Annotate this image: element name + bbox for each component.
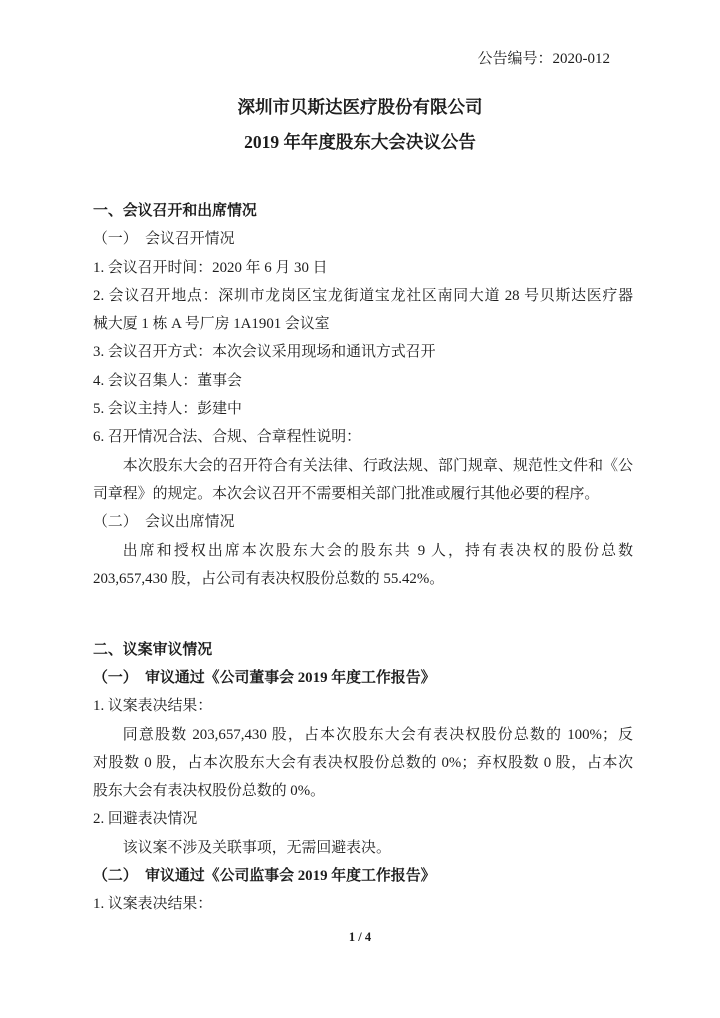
meeting-time-line: 1. 会议召开时间：2020 年 6 月 30 日 bbox=[93, 254, 633, 282]
s1-attendance-subheading: （二） 会议出席情况 bbox=[93, 508, 633, 536]
legality-note-line-2: 司章程》的规定。本次会议召开不需要相关部门批准或履行其他必要的程序。 bbox=[93, 480, 633, 508]
s1-convening-subheading: （一） 会议召开情况 bbox=[93, 225, 633, 253]
proposal-1-vote-line-1: 同意股数 203,657,430 股，占本次股东大会有表决权股份总数的 100%… bbox=[93, 721, 633, 749]
proposal-1-vote-line-2: 对股数 0 股，占本次股东大会有表决权股份总数的 0%；弃权股数 0 股，占本次 bbox=[93, 749, 633, 777]
proposal-1-heading: （一） 审议通过《公司董事会 2019 年度工作报告》 bbox=[93, 664, 633, 692]
legality-label-line: 6. 召开情况合法、合规、合章程性说明： bbox=[93, 423, 633, 451]
proposal-2-vote-label: 1. 议案表决结果： bbox=[93, 890, 633, 918]
page-number: 1 / 4 bbox=[0, 929, 720, 945]
proposal-2-heading: （二） 审议通过《公司监事会 2019 年度工作报告》 bbox=[93, 862, 633, 890]
proposal-1-recusal-label: 2. 回避表决情况 bbox=[93, 805, 633, 833]
company-name-title: 深圳市贝斯达医疗股份有限公司 bbox=[0, 96, 720, 118]
proposal-1-recusal-note: 该议案不涉及关联事项，无需回避表决。 bbox=[93, 834, 633, 862]
proposal-1-vote-label: 1. 议案表决结果： bbox=[93, 692, 633, 720]
announcement-number: 公告编号：2020-012 bbox=[478, 50, 611, 68]
attendance-line-1: 出席和授权出席本次股东大会的股东共 9 人，持有表决权的股份总数 bbox=[93, 537, 633, 565]
section-1-heading: 一、会议召开和出席情况 bbox=[93, 197, 633, 225]
proposal-1-vote-line-3: 股东大会有表决权股份总数的 0%。 bbox=[93, 777, 633, 805]
announcement-document-page: 公告编号：2020-012 深圳市贝斯达医疗股份有限公司 2019 年年度股东大… bbox=[0, 0, 720, 1018]
meeting-method-line: 3. 会议召开方式：本次会议采用现场和通讯方式召开 bbox=[93, 338, 633, 366]
meeting-place-line-2: 械大厦 1 栋 A 号厂房 1A1901 会议室 bbox=[93, 310, 633, 338]
document-body: 一、会议召开和出席情况 （一） 会议召开情况 1. 会议召开时间：2020 年 … bbox=[93, 197, 633, 919]
meeting-convener-line: 4. 会议召集人：董事会 bbox=[93, 367, 633, 395]
meeting-chair-line: 5. 会议主持人：彭建中 bbox=[93, 395, 633, 423]
document-title: 2019 年年度股东大会决议公告 bbox=[0, 131, 720, 153]
legality-note-line-1: 本次股东大会的召开符合有关法律、行政法规、部门规章、规范性文件和《公 bbox=[93, 452, 633, 480]
attendance-line-2: 203,657,430 股，占公司有表决权股份总数的 55.42%。 bbox=[93, 565, 633, 593]
section-2-heading: 二、议案审议情况 bbox=[93, 636, 633, 664]
meeting-place-line-1: 2. 会议召开地点：深圳市龙岗区宝龙街道宝龙社区南同大道 28 号贝斯达医疗器 bbox=[93, 282, 633, 310]
